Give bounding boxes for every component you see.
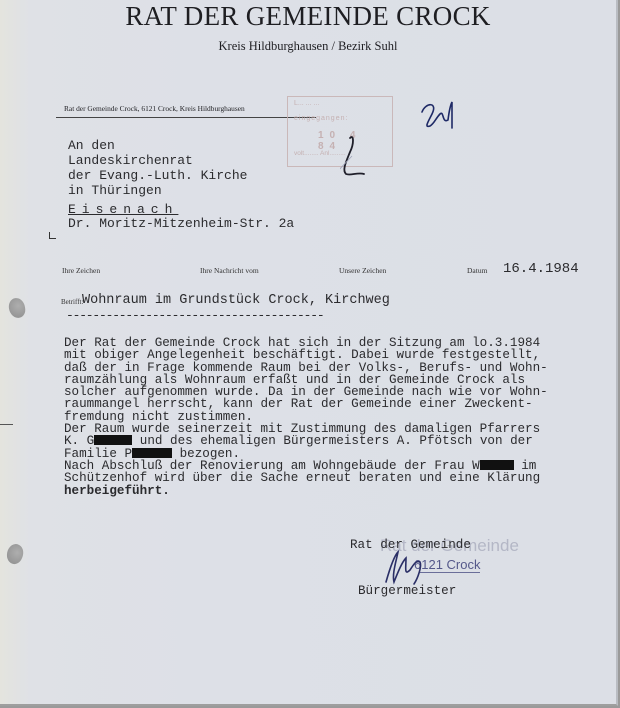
recipient-line: in Thüringen	[68, 183, 247, 198]
letterhead-title: RAT DER GEMEINDE CROCK	[0, 1, 616, 32]
recipient-line: der Evang.-Luth. Kirche	[68, 168, 247, 183]
body-line: mit obiger Angelegenheit beschäftigt. Da…	[64, 349, 548, 361]
bottom-mark	[44, 704, 51, 706]
fold-corner-mark	[49, 232, 56, 239]
handwritten-number	[418, 100, 458, 137]
signature-title: Bürgermeister	[358, 584, 456, 598]
stamp-line-1: L... ... ...	[294, 100, 319, 107]
letter-date: 16.4.1984	[503, 261, 579, 277]
subject-underline: ---------------------------------------	[66, 308, 323, 323]
body-line: Schützenhof wird über die Sache erneut b…	[64, 472, 548, 484]
punch-hole	[7, 297, 26, 319]
datum-label: Datum	[467, 266, 487, 275]
recipient-street: Dr. Moritz-Mitzenheim-Str. 2a	[68, 216, 294, 231]
recipient-city: Eisenach	[68, 202, 178, 217]
fold-mark	[0, 424, 13, 425]
subject-text: Wohnraum im Grundstück Crock, Kirchweg	[82, 293, 390, 308]
stamp-line-2: eingegangen:	[294, 115, 348, 122]
body-line: raummangel herrscht, kann der Rat der Ge…	[64, 398, 548, 410]
redaction-block	[132, 448, 172, 458]
handwritten-mark	[340, 130, 370, 185]
subject-label: Betrifft:	[61, 298, 83, 306]
redaction-block	[480, 460, 514, 470]
letter-page: RAT DER GEMEINDE CROCK Kreis Hildburghau…	[0, 0, 618, 706]
letter-body: Der Rat der Gemeinde Crock hat sich in d…	[64, 337, 548, 497]
letterhead-subtitle: Kreis Hildburghausen / Bezirk Suhl	[0, 39, 616, 54]
recipient-line: Landeskirchenrat	[68, 153, 247, 168]
unsere-zeichen-label: Unsere Zeichen	[339, 266, 386, 275]
recipient-line: An den	[68, 138, 247, 153]
body-line: herbeigeführt.	[64, 485, 548, 497]
body-line: K. G und des ehemaligen Bürgermeisters A…	[64, 435, 548, 447]
recipient-address: An den Landeskirchenrat der Evang.-Luth.…	[68, 138, 247, 198]
ihre-nachricht-label: Ihre Nachricht vom	[200, 266, 259, 275]
sender-address-line: Rat der Gemeinde Crock, 6121 Crock, Krei…	[64, 104, 245, 113]
sender-rule	[56, 117, 316, 118]
redaction-block	[94, 435, 132, 445]
ihre-zeichen-label: Ihre Zeichen	[62, 266, 100, 275]
stamp-line-4: volt........ Anl.........	[294, 150, 346, 157]
punch-hole	[4, 542, 26, 566]
